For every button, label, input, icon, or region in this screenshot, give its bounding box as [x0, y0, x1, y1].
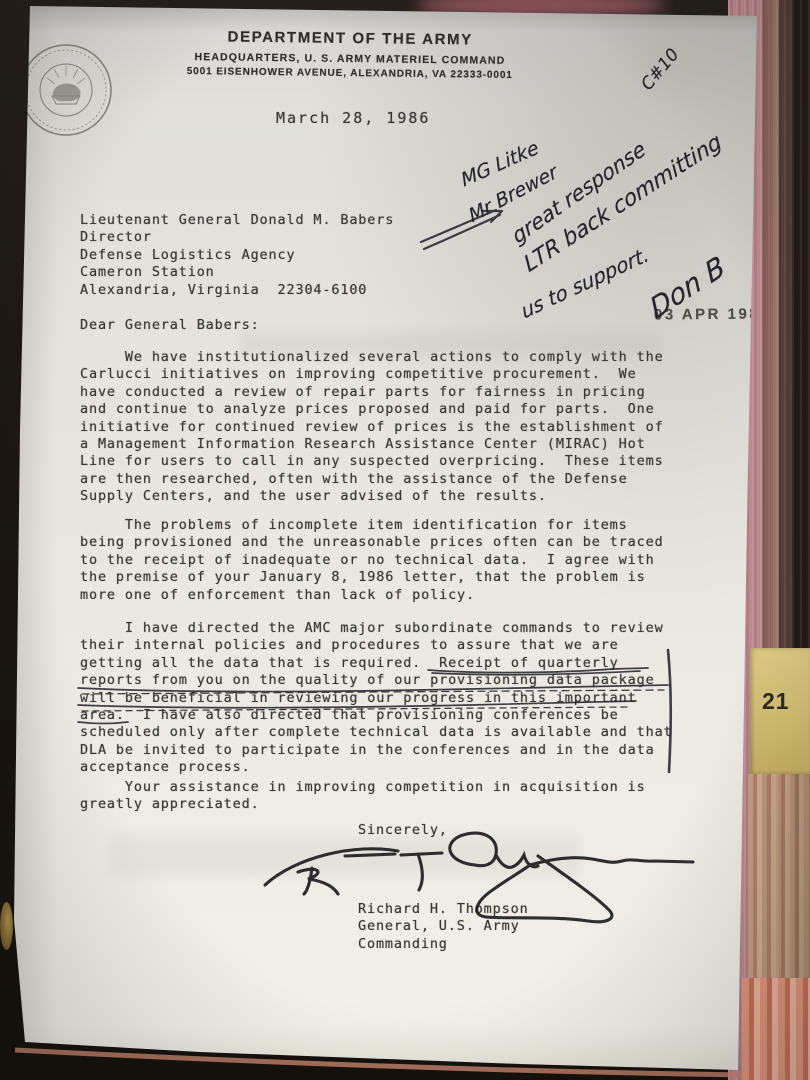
signer-rank: General, U.S. Army — [358, 918, 520, 934]
signature-block: Richard H. Thompson General, U.S. Army C… — [358, 901, 529, 953]
letter-page: DEPARTMENT OF THE ARMY HEADQUARTERS, U. … — [0, 0, 810, 1080]
letterhead: DEPARTMENT OF THE ARMY HEADQUARTERS, U. … — [110, 27, 591, 82]
scanned-letter-photo: 21 DEPARTMENT OF THE ARMY HEADQUARTER — [0, 0, 810, 1080]
valediction: Sincerely, — [358, 822, 448, 839]
recipient-address: Lieutenant General Donald M. Babers Dire… — [80, 212, 394, 299]
binder-fastener — [0, 902, 13, 950]
letterhead-address: 5001 EISENHOWER AVENUE, ALEXANDRIA, VA 2… — [110, 65, 590, 82]
page-edge-stripes — [748, 774, 810, 980]
body-paragraph-3: I have directed the AMC major subordinat… — [80, 620, 673, 777]
signer-name: Richard H. Thompson — [358, 901, 529, 917]
army-seal-icon — [16, 38, 120, 142]
handwritten-routing-code: C#10 — [637, 45, 683, 94]
page-edge-stripes-bottom — [742, 978, 810, 1080]
letterhead-org: DEPARTMENT OF THE ARMY — [110, 27, 590, 50]
binder-tab: 21 — [750, 648, 810, 774]
signer-title: Commanding — [358, 936, 448, 952]
body-paragraph-2: The problems of incomplete item identifi… — [80, 517, 664, 604]
body-paragraph-4: Your assistance in improving competition… — [80, 779, 646, 814]
salutation: Dear General Babers: — [80, 317, 260, 334]
tab-number: 21 — [762, 688, 790, 715]
bleed-through — [110, 836, 580, 876]
letter-date: March 28, 1986 — [276, 110, 430, 127]
body-paragraph-1: We have institutionalized several action… — [80, 349, 664, 506]
